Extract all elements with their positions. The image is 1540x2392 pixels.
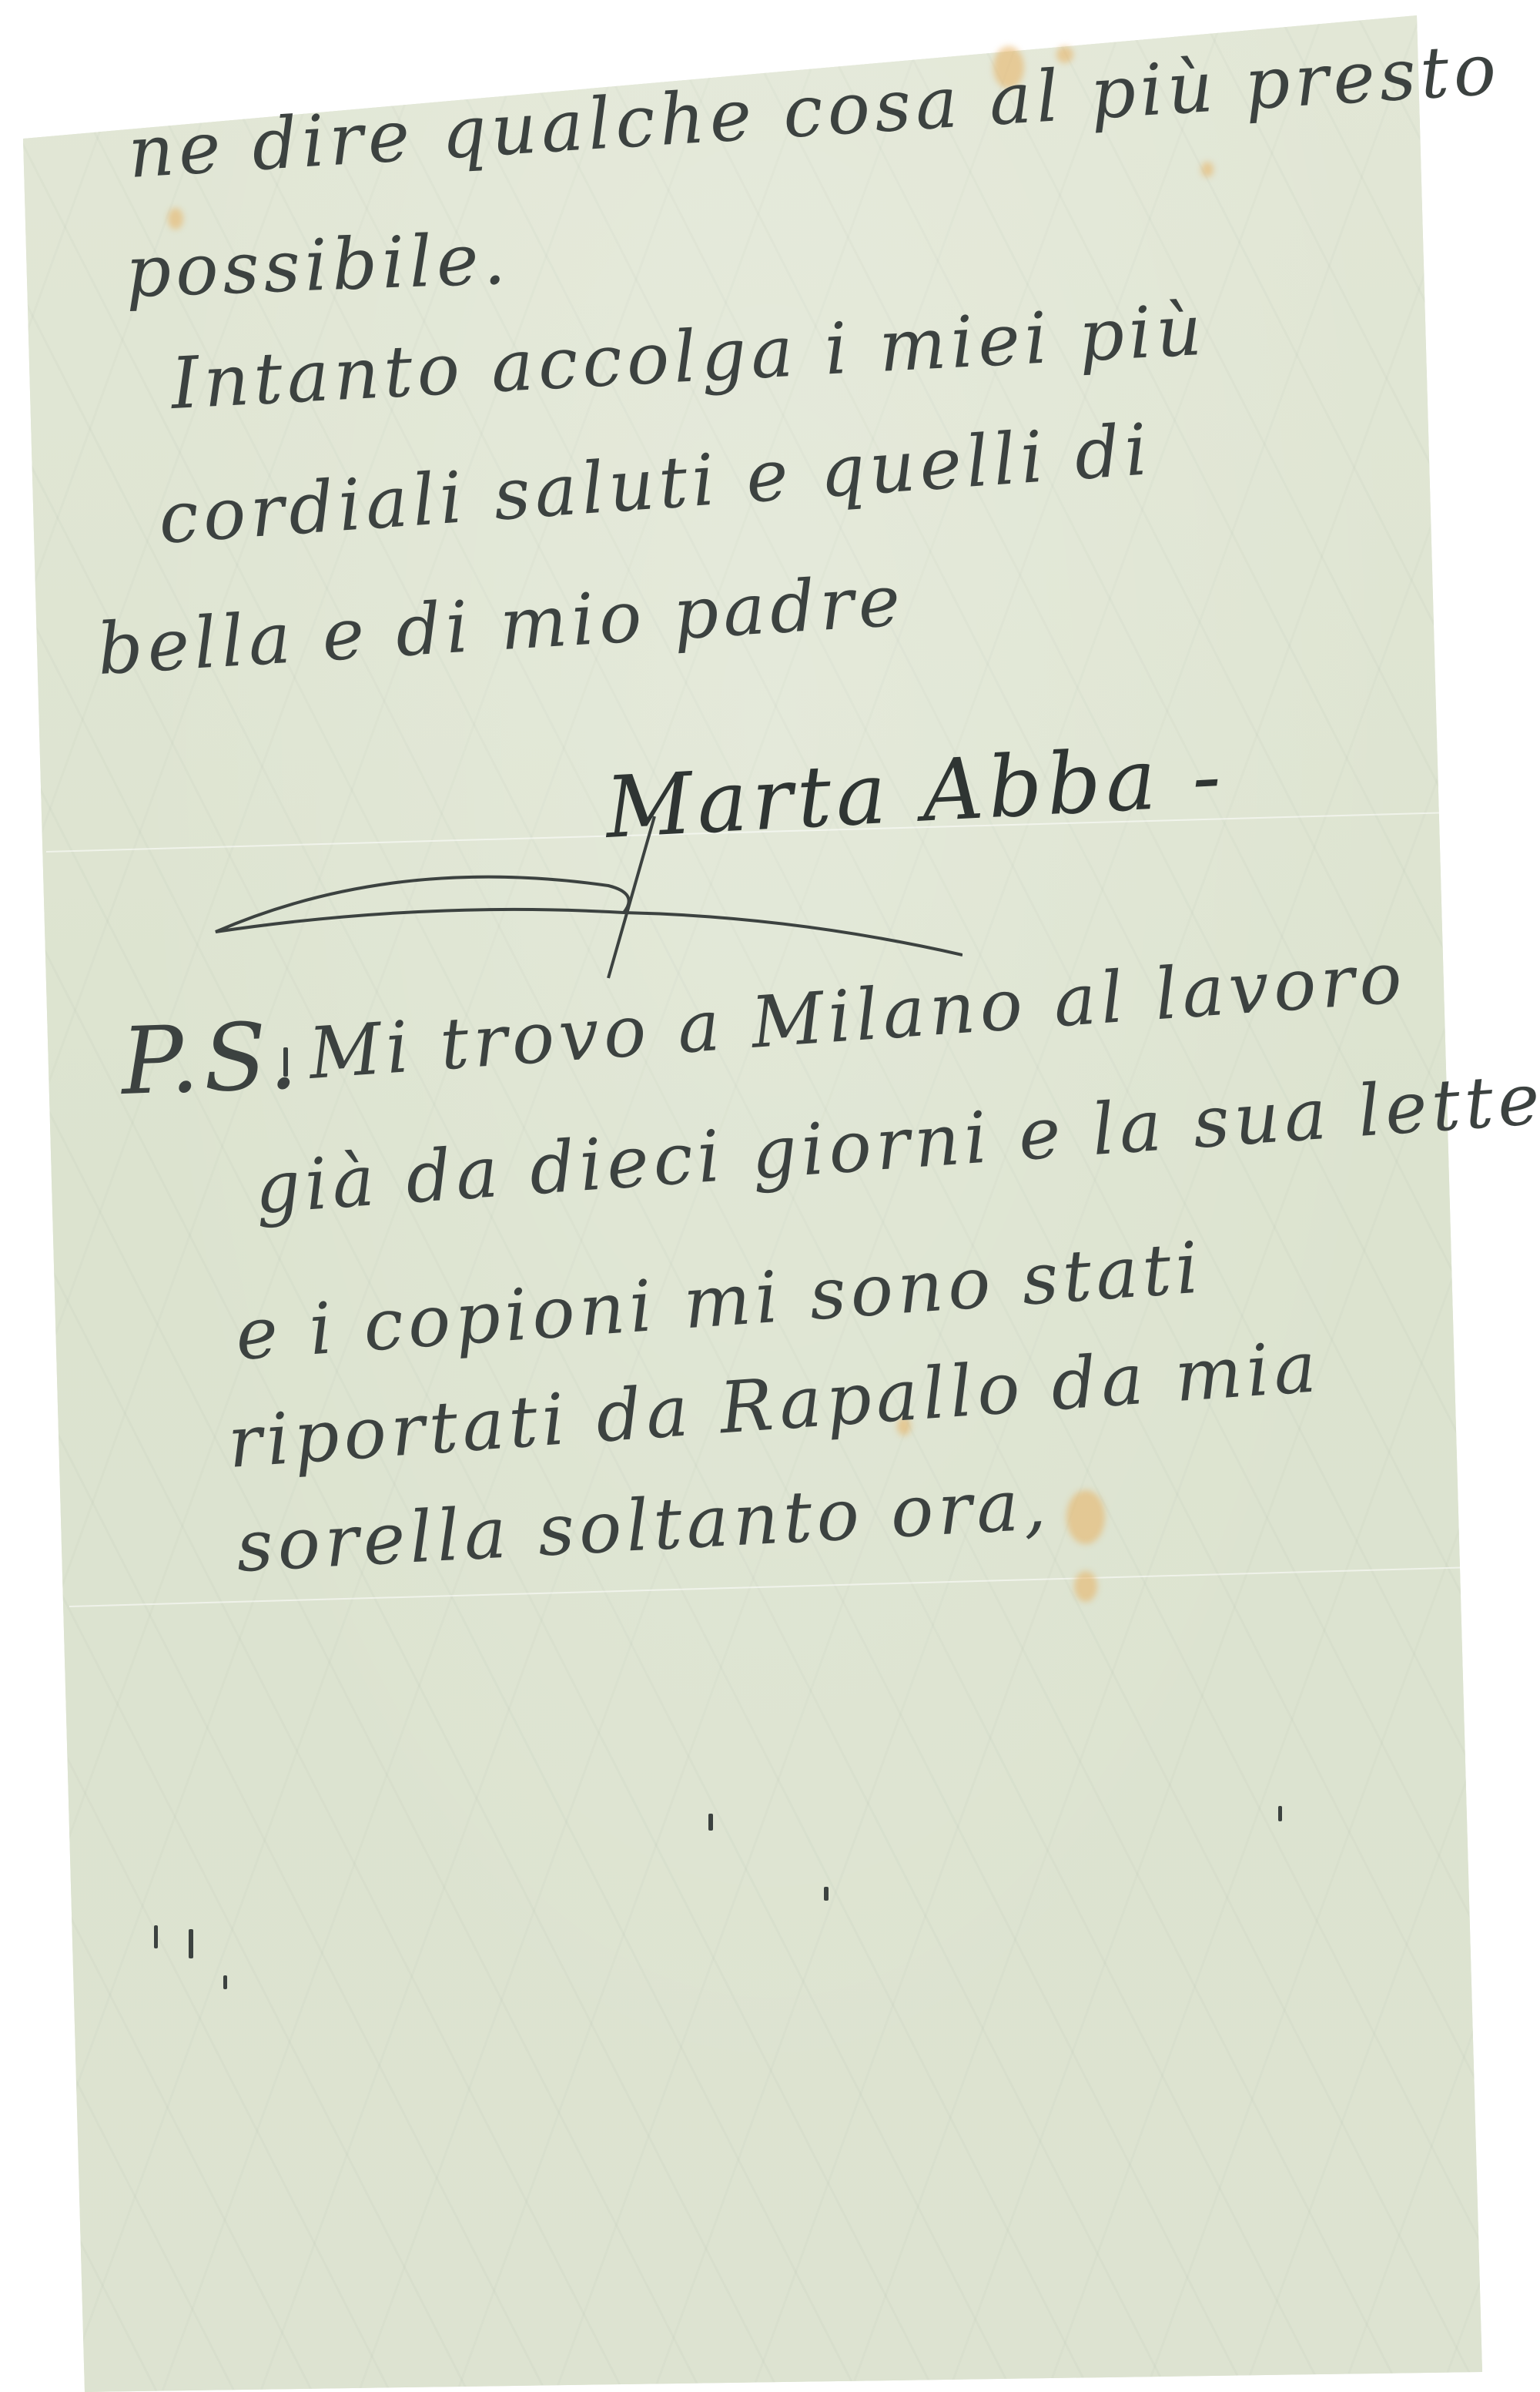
stain (1074, 1571, 1097, 1602)
postscript-label: P.S. (119, 1003, 303, 1116)
stain (1201, 162, 1214, 177)
ink-speck (283, 1047, 288, 1077)
signature-flourish (192, 809, 962, 986)
ink-speck (189, 1929, 193, 1958)
ink-speck (1278, 1806, 1282, 1821)
letter-line-2: possibile. (124, 218, 511, 313)
ink-speck (708, 1814, 713, 1831)
stain (1066, 1490, 1105, 1544)
stain (168, 208, 183, 229)
ink-speck (824, 1887, 829, 1901)
ink-speck (154, 1925, 158, 1948)
ink-speck (223, 1975, 227, 1989)
